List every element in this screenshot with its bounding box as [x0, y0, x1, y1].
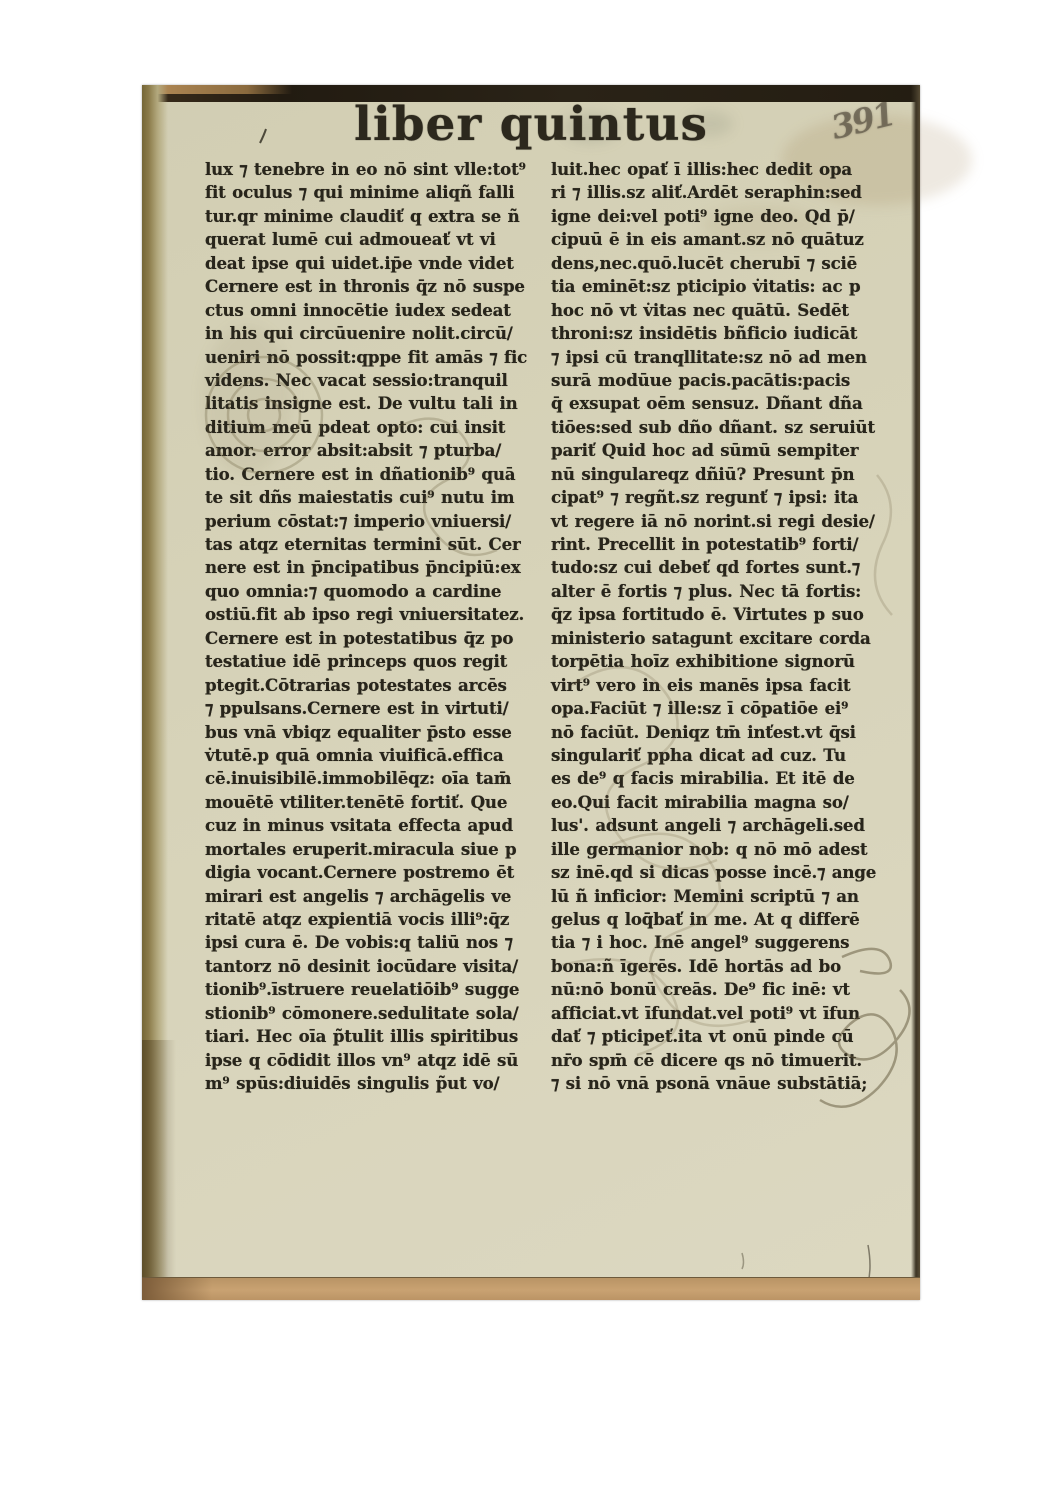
text-line: tudo:sz cui debeť qd fortes sunt.⁊ [551, 557, 877, 580]
text-line: lux ⁊ tenebre in eo nō sint vlle:tot⁹ [205, 159, 531, 182]
text-line: tiari. Hec oīa p̃tulit illis spiritibus [205, 1026, 531, 1049]
text-line: lū ñ inficior: Memini scriptū ⁊ an [551, 886, 877, 909]
text-line: lus'. adsunt angeli ⁊ archāgeli.sed [551, 815, 877, 838]
text-line: cipuū ē in eis amant.sz nō quātuz [551, 229, 877, 252]
text-line: digia vocant.Cernere postremo ēt [205, 862, 531, 885]
text-line: vt regere iā nō norint.si regi desie/ [551, 511, 877, 534]
text-line: ⁊ ipsi cū tranqllitate:sz nō ad men [551, 347, 877, 370]
text-line: stionib⁹ cōmonere.sedulitate sola/ [205, 1003, 531, 1026]
text-line: ostiū.fit ab ipso regi vniuersitatez. [205, 604, 531, 627]
bottom-corner-shadow [142, 1278, 212, 1300]
text-line: tionib⁹.īstruere reuelatiōib⁹ sugge [205, 979, 531, 1002]
text-line: ptegit.Cōtrarias potestates arcēs [205, 675, 531, 698]
text-line: perium cōstat:⁊ imperio vniuersi/ [205, 511, 531, 534]
text-line: ⁊ ppulsans.Cernere est in virtuti/ [205, 698, 531, 721]
text-line: nū:nō bonū creās. De⁹ fic inē: vt [551, 979, 877, 1002]
text-line: tur.qr minime claudiť q extra se ñ [205, 206, 531, 229]
text-line: m⁹ spūs:diuidēs singulis p̃ut vo/ [205, 1073, 531, 1096]
text-line: quo omnia:⁊ quomodo a cardine [205, 581, 531, 604]
text-line: ille germanior nob: q nō mō adest [551, 839, 877, 862]
text-line: tio. Cernere est in dñationib⁹ quā [205, 464, 531, 487]
text-line: dens,nec.quō.lucēt cherubī ⁊ sciē [551, 253, 877, 276]
text-line: pariť Quid hoc ad sūmū sempiter [551, 440, 877, 463]
text-line: fit oculus ⁊ qui minime aliqñ falli [205, 182, 531, 205]
text-line: rint. Precellit in potestatib⁹ forti/ [551, 534, 877, 557]
text-line: in his qui circūuenire nolit.circū/ [205, 323, 531, 346]
text-line: cuz in minus vsitata effecta apud [205, 815, 531, 838]
book-photo: liber quintus 391 lux ⁊ tenebre in eo nō… [142, 85, 920, 1300]
text-line: mirari est angelis ⁊ archāgelis ve [205, 886, 531, 909]
text-line: tia eminēt:sz pticipio v̇itatis: ac p [551, 276, 877, 299]
text-line: singulariť ppha dicat ad cuz. Tu [551, 745, 877, 768]
text-line: ritatē atqz expientiā vocis illi⁹:q̄z [205, 909, 531, 932]
text-line: ⁊ si nō vnā psonā vnāue substātiā; [551, 1073, 877, 1096]
text-line: te sit dñs maiestatis cui⁹ nutu im [205, 487, 531, 510]
text-line: v̇tutē.p quā omnia viuificā.effica [205, 745, 531, 768]
text-line: litatis insigne est. De vultu tali in [205, 393, 531, 416]
text-line: ministerio satagunt excitare corda [551, 628, 877, 651]
running-title: liber quintus [142, 97, 920, 152]
text-line: tia ⁊ i hoc. Inē angel⁹ suggerens [551, 932, 877, 955]
hairline-mark [742, 1253, 744, 1269]
text-line: nere est in p̄ncipatibus p̄ncipiū:ex [205, 557, 531, 580]
text-line: nō faciūt. Deniqz tm̄ inťest.vt q̄si [551, 722, 877, 745]
text-line: ipsi cura ē. De vobis:q taliū nos ⁊ [205, 932, 531, 955]
text-line: nr̄o spm̄ cē dicere qs nō timuerit. [551, 1050, 877, 1073]
text-line: cipat⁹ ⁊ regñt.sz regunť ⁊ ipsi: ita [551, 487, 877, 510]
text-line: ditium meū pdeat opto: cui insit [205, 417, 531, 440]
text-column-right: luit.hec opať ī illis:hec dedit opari ⁊ … [551, 159, 884, 1097]
text-line: bona:ñ īgerēs. Idē hortās ad bo [551, 956, 877, 979]
text-line: igne dei:vel poti⁹ igne deo. Qd p̄/ [551, 206, 877, 229]
text-line: hoc nō vt v̇itas nec quātū. Sedēt [551, 300, 877, 323]
text-line: tantorz nō desinit iocūdare visita/ [205, 956, 531, 979]
text-line: surā modūue pacis.pacātis:pacis [551, 370, 877, 393]
text-line: amor. error absit:absit ⁊ pturba/ [205, 440, 531, 463]
text-line: mortales eruperit.miracula siue p [205, 839, 531, 862]
text-line: deat ipse qui uidet.ip̄e vnde videt [205, 253, 531, 276]
text-line: mouētē vtiliter.tenētē fortiť. Que [205, 792, 531, 815]
text-line: ctus omni innocētie iudex sedeat [205, 300, 531, 323]
text-line: luit.hec opať ī illis:hec dedit opa [551, 159, 877, 182]
text-column-left: lux ⁊ tenebre in eo nō sint vlle:tot⁹fit… [205, 159, 538, 1097]
text-line: alter ē fortis ⁊ plus. Nec tā fortis: [551, 581, 877, 604]
scan-background: { "page": { "running_title": "liber quin… [0, 0, 1060, 1500]
text-line: querat lumē cui admoueať vt vi [205, 229, 531, 252]
text-line: sz inē.qd si dicas posse incē.⁊ ange [551, 862, 877, 885]
text-line: bus vnā vbiqz equaliter p̄sto esse [205, 722, 531, 745]
text-line: Cernere est in thronis q̄z nō suspe [205, 276, 531, 299]
text-line: nū singulareqz dñiū? Presunt p̄n [551, 464, 877, 487]
page-right-edge [911, 85, 920, 1300]
text-line: Cernere est in potestatibus q̄z po [205, 628, 531, 651]
text-line: q̄z ipsa fortitudo ē. Virtutes p suo [551, 604, 877, 627]
text-line: tiōes:sed sub dño dñant. sz seruiūt [551, 417, 877, 440]
text-line: afficiat.vt īfundat.vel poti⁹ vt īfun [551, 1003, 877, 1026]
text-line: ipse q cōdidit illos vn⁹ atqz idē sū [205, 1050, 531, 1073]
text-line: cē.inuisibilē.immobilēqz: oīa tam̄ [205, 768, 531, 791]
text-line: es de⁹ q facis mirabilia. Et itē de [551, 768, 877, 791]
page-bottom-edges [142, 1277, 920, 1300]
text-line: virt⁹ vero in eis manēs ipsa facit [551, 675, 877, 698]
text-line: tas atqz eternitas termini sūt. Cer [205, 534, 531, 557]
text-line: dať ⁊ pticipeť.ita vt onū pinde cū [551, 1026, 877, 1049]
text-line: q̄ exsupat oēm sensuz. Dñant dña [551, 393, 877, 416]
text-block: lux ⁊ tenebre in eo nō sint vlle:tot⁹fit… [205, 159, 889, 1097]
text-line: throni:sz insidētis bñficio iudicāt [551, 323, 877, 346]
text-line: ri ⁊ illis.sz aliť.Ardēt seraphin:sed [551, 182, 877, 205]
text-line: ueniri nō possit:qppe fit amās ⁊ fic [205, 347, 531, 370]
gutter-shadow [142, 1040, 176, 1300]
text-line: testatiue idē princeps quos regit [205, 651, 531, 674]
text-line: videns. Nec vacat sessio:tranquil [205, 370, 531, 393]
text-line: torpētia hoīz exhibitione signorū [551, 651, 877, 674]
text-line: gelus q loq̄bať in me. At q differē [551, 909, 877, 932]
text-line: eo.Qui facit mirabilia magna so/ [551, 792, 877, 815]
text-line: opa.Faciūt ⁊ ille:sz ī cōpatiōe ei⁹ [551, 698, 877, 721]
